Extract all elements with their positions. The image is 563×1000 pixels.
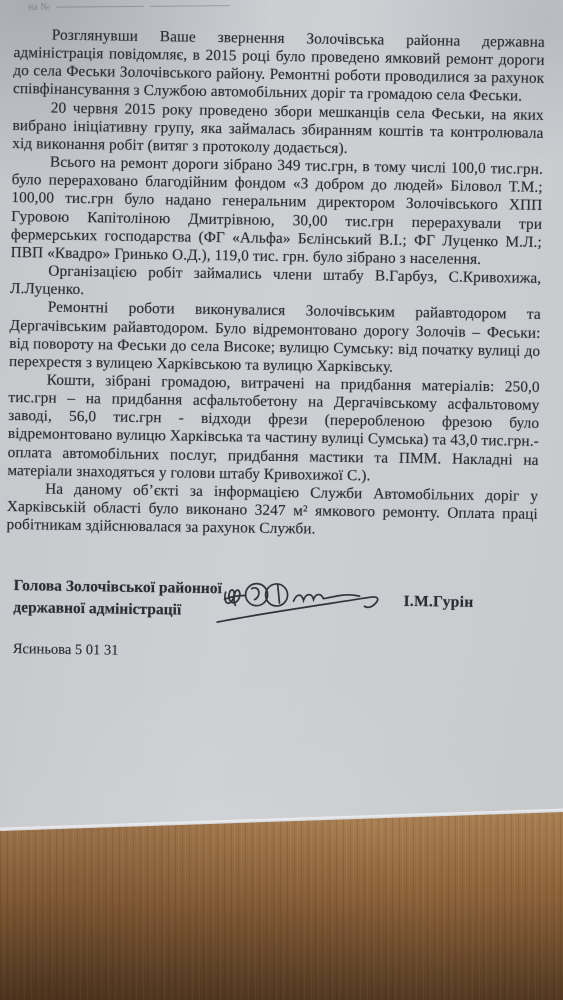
reference-blank-line [150,5,230,7]
letter-content: Розглянувши Ваше звернення Золочівська р… [5,26,545,666]
signature-block: Голова Золочівської районної державної а… [5,575,537,645]
paragraph-7: На даному об’єкті за інформацією Служби … [6,480,538,542]
executor-phone-note: Ясиньова 5 01 31 [5,641,536,666]
signatory-name: І.М.Гурін [403,593,473,612]
reference-blank-line [56,6,144,8]
handwritten-signature-icon [211,566,402,633]
document-photo: на № Розглянувши Ваше звернення Золочівс… [0,0,563,1000]
paragraph-2: 20 червня 2015 року проведено збори мешк… [12,99,544,161]
reference-number-line: на № [28,0,230,13]
paragraph-3: Всього на ремонт дороги зібрано 349 тис.… [10,153,543,270]
paragraph-6: Кошти, зібрані громадою, витрачені на пр… [7,371,540,488]
letter-body: Розглянувши Ваше звернення Золочівська р… [6,26,544,542]
reference-number-label: на № [28,2,50,13]
paragraph-1: Розглянувши Ваше звернення Золочівська р… [13,26,545,106]
paragraph-5: Ремонтні роботи виконувалися Золочівськи… [9,298,541,378]
